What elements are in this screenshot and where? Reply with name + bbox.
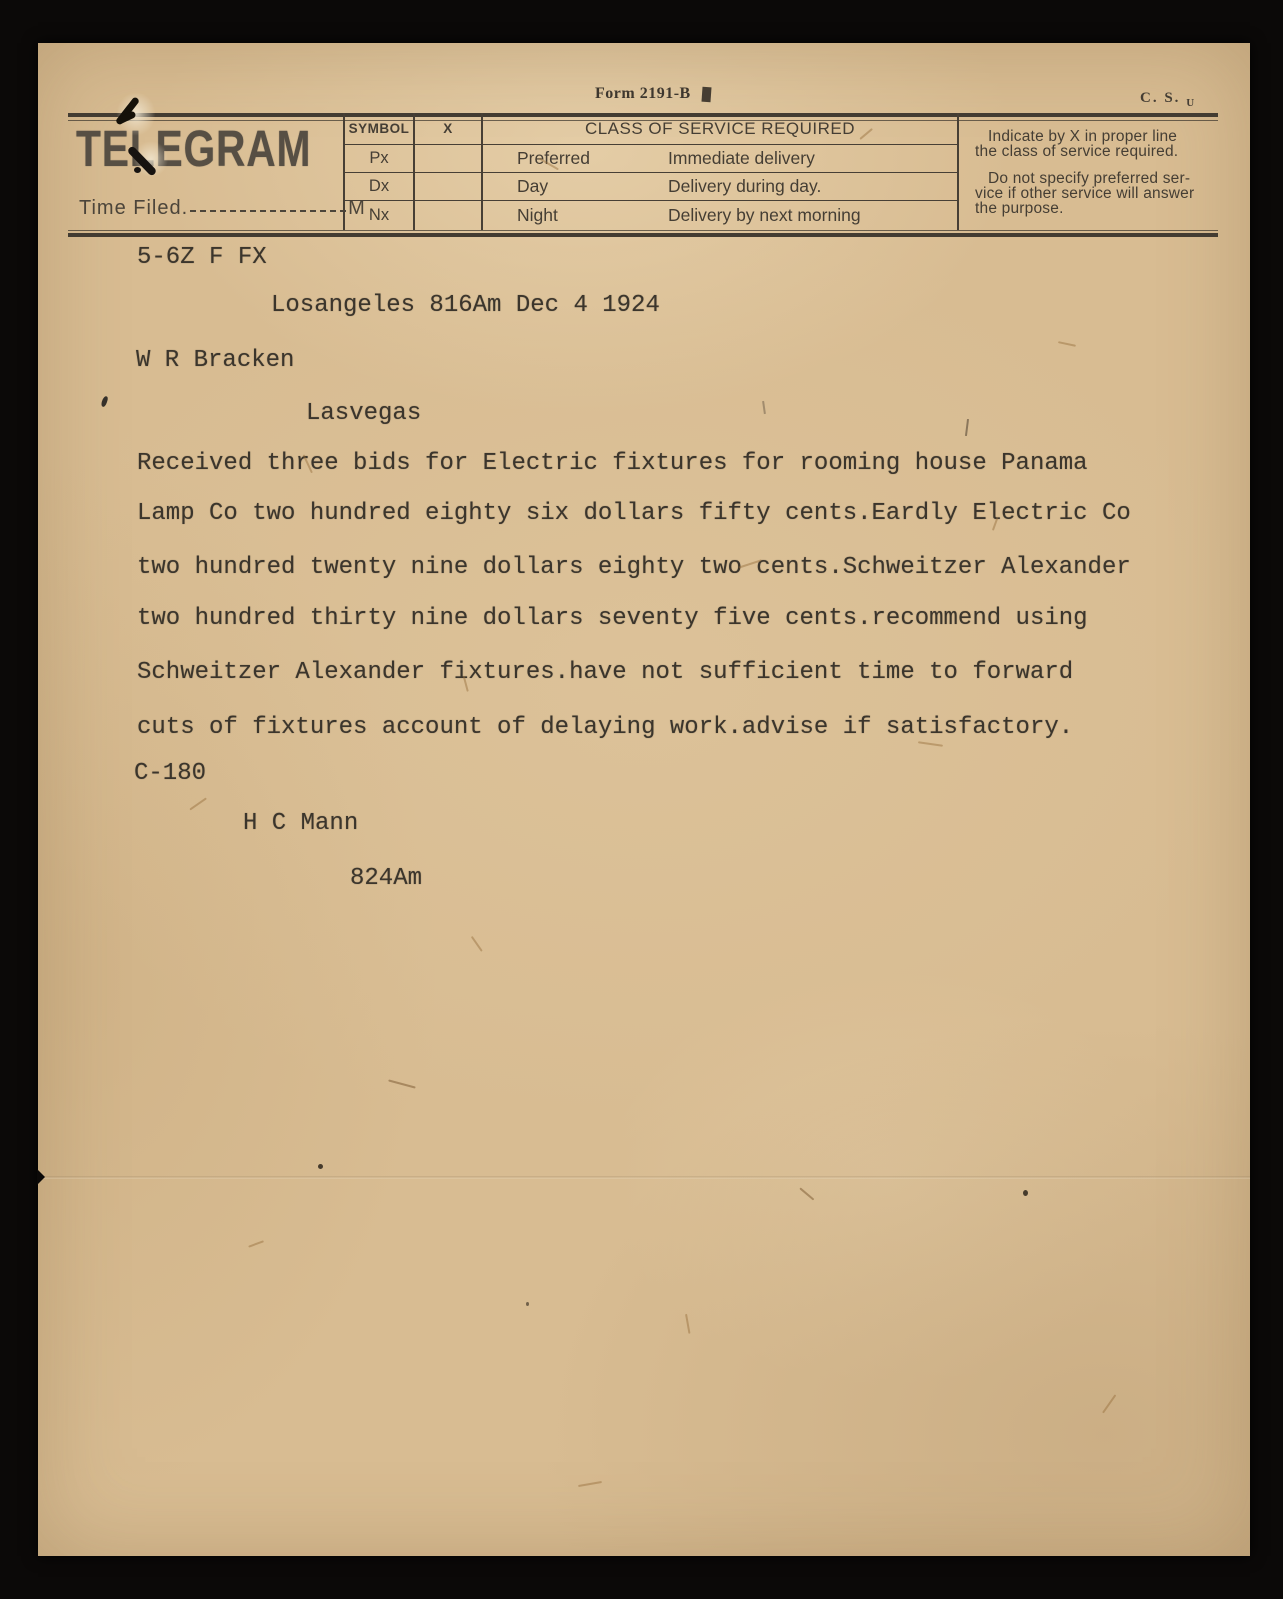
message-line: cuts of fixtures account of delaying wor… [137, 716, 1073, 740]
class-description: Delivery by next morning [668, 205, 861, 226]
service-table-header-row: SYMBOL X CLASS OF SERVICE REQUIRED [345, 113, 957, 145]
x-header: X [415, 113, 483, 144]
dateline: Losangeles 816Am Dec 4 1924 [271, 294, 660, 318]
time-filed-field: Time Filed.M [79, 196, 366, 220]
routing-code: 5-6Z F FX [137, 246, 267, 270]
service-row-night: Nx Night Delivery by next morning [345, 201, 957, 230]
paper-speck [318, 1164, 323, 1169]
time-filed-label: Time Filed. [79, 197, 188, 219]
paper-fiber [388, 1079, 415, 1088]
reference-number: C-180 [134, 762, 206, 786]
paper-fiber [189, 797, 206, 810]
paper-fiber [918, 741, 943, 746]
class-header: CLASS OF SERVICE REQUIRED [483, 113, 957, 144]
class-description: Delivery during day. [668, 176, 821, 197]
form-number: Form 2191-B [595, 85, 691, 103]
class-description: Immediate delivery [668, 148, 815, 169]
class-name: Day [517, 176, 668, 197]
x-mark-cell [415, 173, 483, 200]
ink-smudge [701, 87, 711, 103]
paper-fiber [248, 1240, 264, 1247]
header-bottom-rule-thin [68, 230, 1218, 231]
telegram-paper: Form 2191-B C. S. U TELEGRAM Time Filed.… [38, 43, 1250, 1556]
class-cell: Night Delivery by next morning [483, 201, 957, 230]
paper-speck [1023, 1190, 1028, 1196]
fold-crease [38, 1176, 1250, 1179]
message-line: Schweitzer Alexander fixtures.have not s… [137, 661, 1073, 685]
class-cell: Day Delivery during day. [483, 173, 957, 200]
paper-fiber [1058, 341, 1076, 346]
signature: H C Mann [243, 812, 358, 836]
instruction-line: vice if other service will answer [975, 186, 1208, 201]
time-filed-blank-line [190, 196, 346, 212]
corner-label-text: C. S. [1140, 90, 1180, 106]
message-line: Lamp Co two hundred eighty six dollars f… [137, 502, 1131, 526]
header-bottom-rule [68, 233, 1218, 237]
service-row-day: Dx Day Delivery during day. [345, 173, 957, 201]
message-line: two hundred thirty nine dollars seventy … [137, 607, 1088, 631]
instruction-line: the purpose. [975, 201, 1208, 216]
symbol-cell: Dx [345, 173, 415, 200]
received-time: 824Am [350, 867, 422, 891]
paper-fiber [800, 1187, 815, 1200]
ink-blot [134, 167, 141, 173]
message-line: two hundred twenty nine dollars eighty t… [137, 556, 1131, 580]
stray-ink-mark [100, 395, 108, 407]
destination-city: Lasvegas [306, 402, 421, 426]
pencil-tick [965, 419, 969, 436]
service-row-preferred: Px Preferred Immediate delivery [345, 145, 957, 173]
instruction-paragraph: Do not specify preferred ser- vice if ot… [975, 171, 1208, 216]
recipient-name: W R Bracken [136, 349, 294, 373]
corner-label: C. S. U [1140, 90, 1194, 109]
class-name: Night [517, 205, 668, 226]
paper-fiber [471, 936, 483, 952]
instruction-line: the class of service required. [975, 144, 1208, 159]
scan-background: { "form": { "form_number": "Form 2191-B"… [0, 0, 1283, 1599]
instruction-line: Indicate by X in proper line [975, 129, 1208, 144]
message-line: Received three bids for Electric fixture… [137, 452, 1088, 476]
x-mark-cell [415, 145, 483, 172]
edge-notch [37, 1169, 45, 1185]
paper-speck [526, 1302, 529, 1306]
instruction-paragraph: Indicate by X in proper line the class o… [975, 129, 1208, 159]
corner-label-subscript: U [1186, 97, 1194, 109]
x-mark-cell [415, 201, 483, 230]
telegram-wordmark: TELEGRAM [76, 119, 311, 178]
symbol-cell: Px [345, 145, 415, 172]
symbol-cell: Nx [345, 201, 415, 230]
service-instructions: Indicate by X in proper line the class o… [955, 113, 1218, 230]
pencil-tick [762, 401, 766, 414]
symbol-header: SYMBOL [345, 113, 415, 144]
instruction-line: Do not specify preferred ser- [975, 171, 1208, 186]
paper-fiber [1102, 1394, 1116, 1413]
paper-fiber [686, 1314, 691, 1334]
paper-fiber [578, 1481, 602, 1487]
